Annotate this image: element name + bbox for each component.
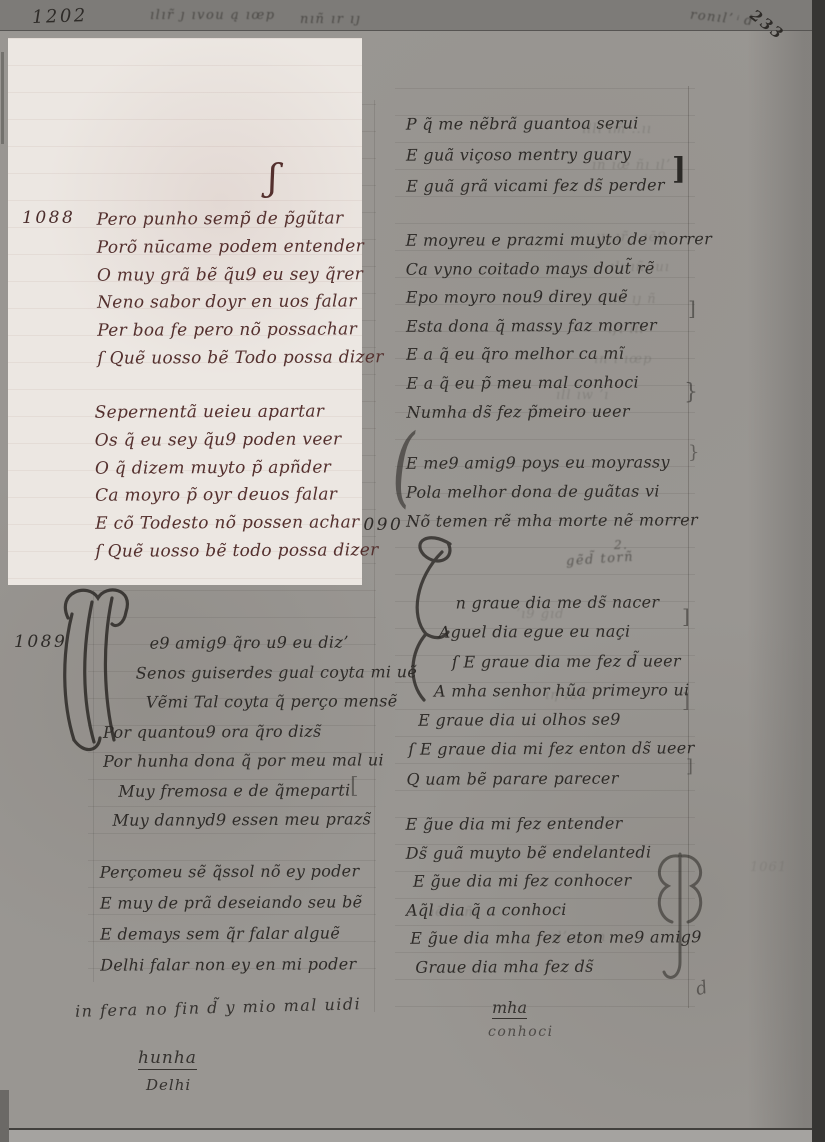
poem-1089-stanza-2: Perçomeu sẽ q̃ssol nõ ey poderE muy de p…	[100, 855, 363, 980]
verse-line: E g̃ue dia mi fez entender	[406, 809, 702, 839]
poem-1088-stanza-2: Sepernentã ueieu apartarOs q̃ eu sey q̃u…	[95, 398, 379, 566]
scan-bottom-edge	[0, 1128, 812, 1142]
verse-line: Neno sabor doyr en uos falar	[97, 289, 383, 318]
verse-line: Pero punho semp̃ de p̃gũtar	[97, 205, 383, 234]
page-left-edge-mark	[1, 52, 4, 144]
poem-number-1088: 1088	[22, 208, 75, 228]
verse-line: Os q̃ eu sey q̃u9 poden veer	[95, 426, 378, 455]
bottom-word-hunha: hunha	[138, 1048, 197, 1070]
verse-line: Muy fremosa e de q̃meparti	[118, 775, 418, 806]
verse-line: Vẽmi Tal coyta q̃ perço mensẽ	[146, 686, 418, 717]
verse-line: E demays sem q̃r falar alguẽ	[100, 917, 363, 949]
folio-number-1202: 1202	[32, 5, 89, 28]
margin-bracket: }	[688, 442, 699, 463]
verse-line: Senos guiserdes gual coyta mi uẽ	[136, 657, 418, 688]
verse-line: ſ E graue dia mi fez enton ds̃ ueer	[408, 734, 694, 765]
scan-right-edge	[812, 0, 825, 1142]
bottom-word-conhoci: conhoci	[488, 1024, 554, 1040]
verse-line: ſ E graue dia me fez d̃ ueer	[452, 646, 694, 677]
verse-line: Epo moyro nou9 direy quẽ	[406, 282, 713, 312]
margin-bracket: ]	[682, 604, 690, 628]
verse-line: ſ Quẽ uosso bẽ Todo possa dizer	[97, 344, 383, 373]
verse-line: O q̃ dizem muyto p̃ apñder	[95, 454, 378, 483]
poem-1090-stanza-1: n graue dia me ds̃ nacerAguel dia egue e…	[405, 587, 694, 794]
verse-line: A mha senhor hũa primeyro ui	[434, 675, 694, 706]
verse-line: n graue dia me ds̃ nacer	[455, 587, 693, 618]
poem-1089-stanza-1: e9 amig9 q̃ro u9 eu dizʼSenos guiserdes …	[102, 627, 417, 835]
poem-1088-stanza-1: Pero punho semp̃ de p̃gũtarPorõ nūcame p…	[97, 205, 384, 373]
verse-line: E guã grã vicami fez ds̃ perder	[406, 169, 665, 201]
verse-line: Por hunha dona q̃ por meu mal ui	[103, 745, 418, 776]
verse-line: Ca vyno coitado mays dout̃ rẽ	[406, 254, 713, 284]
poem-right-stanza-3: E me9 amig9 poys eu moyrassyPola melhor …	[406, 447, 698, 536]
verse-line: Porõ nūcame podem entender	[97, 233, 383, 262]
verse-line: E graue dia ui olhos se9	[418, 704, 694, 735]
top-margin-scribble: ılır̃ ȷ ıvou ą ıœp	[150, 8, 276, 23]
verse-line: Q uam bẽ parare parecer	[406, 763, 694, 794]
verse-line: Muy dannyd9 essen meu prazs̃	[112, 804, 418, 835]
margin-bracket: ]	[688, 296, 696, 320]
poem-right-top-stanza: P q̃ me nẽbrã guantoa seruiE guã viçoso …	[406, 107, 665, 201]
verse-line: E a q̃ eu q̃ro melhor ca mĩ	[406, 340, 713, 370]
bottom-word-mha: mha	[492, 998, 527, 1019]
bleedthrough-number: 1061	[750, 860, 787, 875]
margin-doodle-flourish	[650, 852, 712, 997]
verse-line: ſ Quẽ uosso bẽ todo possa dizer	[95, 537, 378, 566]
verse-line: Numha ds̃ fez p̃meiro ueer	[406, 397, 713, 427]
margin-bracket: ]	[686, 756, 693, 777]
poem-right-stanza-2: E moyreu e prazmi muyto de morrerCa vyno…	[405, 225, 713, 427]
verse-line: Aguel dia egue eu naçi	[439, 617, 694, 648]
verse-line: Sepernentã ueieu apartar	[95, 398, 378, 427]
top-margin-scribble: nıñ ır ıȷ	[300, 12, 361, 27]
verse-line: E cõ Todesto nõ possen achar	[95, 509, 378, 538]
verse-line: E guã viçoso mentry guary	[406, 138, 665, 170]
verse-line: O muy grã bẽ q̃u9 eu sey q̃rer	[97, 261, 383, 290]
verse-line: E muy de prã deseiando seu bẽ	[100, 886, 363, 918]
margin-bracket: ]	[682, 688, 690, 712]
line-flourish-mark: ʃ	[268, 158, 278, 199]
manuscript-scan: 1202 233 ılır̃ ȷ ıvou ą ıœp nıñ ır ıȷ ro…	[0, 0, 825, 1142]
verse-line: E a q̃ eu p̃ meu mal conhoci	[406, 368, 713, 398]
verse-line: P q̃ me nẽbrã guantoa serui	[406, 107, 665, 139]
verse-line: Por quantou9 ora q̃ro dizs̃	[103, 716, 418, 747]
margin-bracket: }	[684, 380, 698, 405]
verse-line: Per boa fe pero nõ possachar	[97, 316, 383, 345]
verse-line: Delhi falar non ey en mi poder	[100, 948, 363, 980]
verse-line: E me9 amig9 poys eu moyrassy	[406, 447, 698, 478]
verse-line: Perçomeu sẽ q̃ssol nõ ey poder	[100, 855, 363, 887]
verse-line: e9 amig9 q̃ro u9 eu dizʼ	[149, 627, 417, 658]
verse-line: Esta dona q̃ massy faz morrer	[406, 311, 713, 341]
scan-corner-shadow	[0, 1090, 9, 1142]
bottom-word-delhi: Delhi	[146, 1076, 191, 1094]
verse-line: Ca moyro p̃ oyr deuos falar	[95, 482, 378, 511]
verse-line: Pola melhor dona de guãtas vi	[406, 476, 698, 507]
verse-line: E moyreu e prazmi muyto de morrer	[405, 225, 712, 255]
margin-bracket: ]	[672, 152, 686, 187]
